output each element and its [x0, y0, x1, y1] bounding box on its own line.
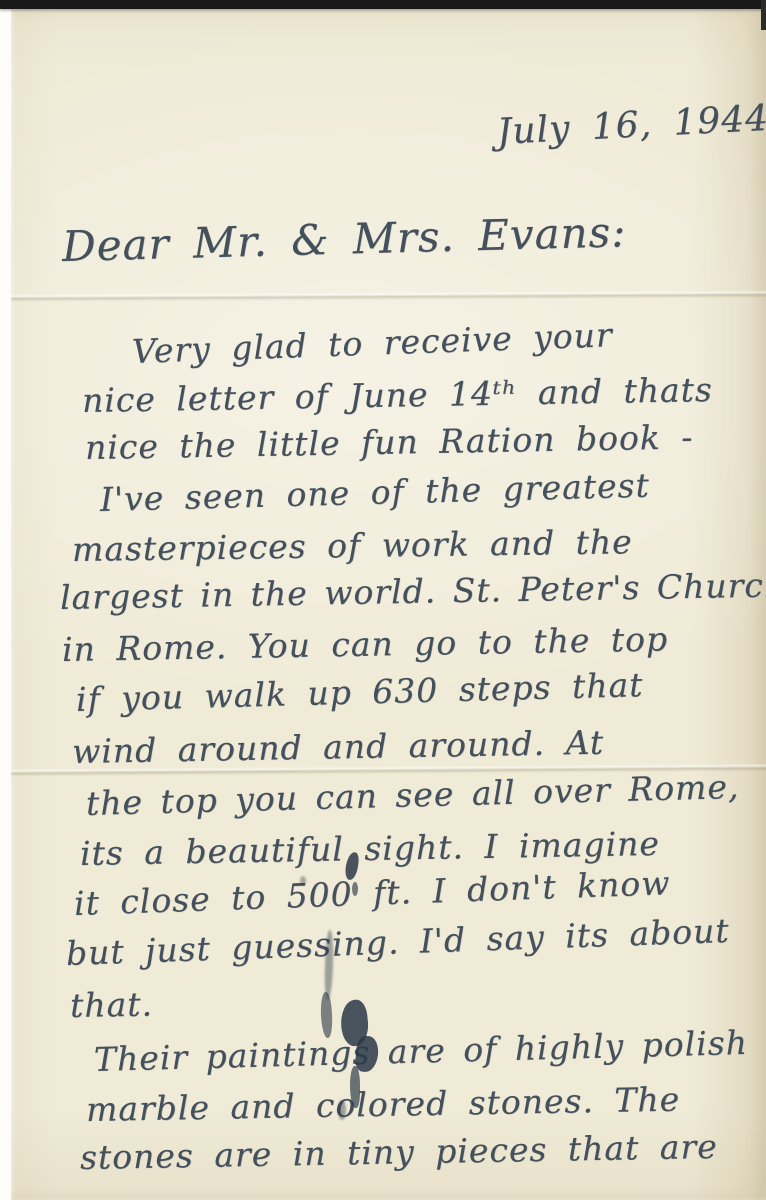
ink-smudge: [300, 876, 306, 885]
letter-line: masterpieces of work and the: [72, 522, 633, 569]
scan-edge-right: [761, 0, 766, 30]
ink-drip: [350, 1066, 360, 1108]
ink-smudge: [338, 1100, 346, 1120]
ink-blot: [352, 882, 358, 896]
scan-edge-top: [0, 0, 766, 9]
fold-crease: [11, 290, 766, 302]
letter-line: that.: [70, 985, 154, 1025]
letter-scan: July 16, 1944 Dear Mr. & Mrs. Evans: Ver…: [0, 0, 766, 1200]
